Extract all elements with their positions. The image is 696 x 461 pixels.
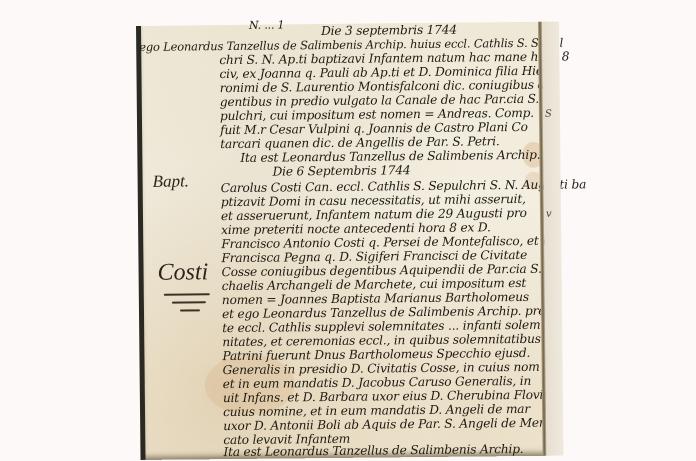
entry1-date: Die 3 septembris 1744 xyxy=(321,23,457,38)
cropped-top-line: N. ... 1 xyxy=(249,18,284,32)
register-book: N. ... 1 Die 3 septembris 1744 ego Leona… xyxy=(136,22,564,460)
entry2-signature: Ita est Leonardus Tanzellus de Salimbeni… xyxy=(223,442,523,459)
margin-surname: Costi xyxy=(157,259,208,287)
manuscript-page: N. ... 1 Die 3 septembris 1744 ego Leona… xyxy=(136,22,551,460)
entry2-date: Die 6 Septembris 1744 xyxy=(272,163,410,178)
entry1-signature: Ita est Leonardus Tanzellus de Salimbeni… xyxy=(240,148,540,165)
next-page-edge: S v xyxy=(542,22,564,456)
margin-baptism-note: Bapt. xyxy=(153,171,190,191)
entry2-line: uxor D. Antonii Boli ab Aquis de Par. S.… xyxy=(223,416,544,433)
surname-underline xyxy=(180,309,200,311)
next-page-fragment: S xyxy=(545,108,552,122)
next-page-fragment: v xyxy=(546,208,552,222)
surname-underline xyxy=(164,293,210,295)
surname-underline xyxy=(172,301,206,303)
